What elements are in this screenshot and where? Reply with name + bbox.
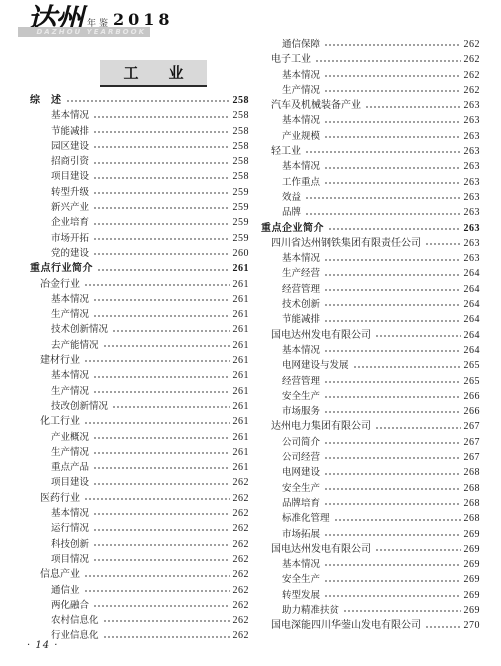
dot-leader — [324, 315, 460, 325]
dot-leader — [97, 264, 230, 274]
toc-entry-title: 重点产品 — [51, 460, 89, 475]
toc-entry: 标准化管理268 — [261, 511, 480, 526]
dot-leader — [334, 514, 461, 524]
toc-entry-title: 生产情况 — [51, 307, 89, 322]
toc-entry: 重点企业简介263 — [261, 221, 480, 236]
toc-entry: 市场开拓259 — [30, 231, 249, 246]
dot-leader — [93, 187, 229, 197]
toc-entry-page: 261 — [233, 445, 250, 460]
dot-leader — [93, 111, 229, 121]
toc-entry: 生产经营264 — [261, 266, 480, 281]
toc-entry-page: 263 — [464, 190, 481, 205]
toc-entry-page: 261 — [233, 277, 250, 292]
toc-entry-title: 四川省达州钢铁集团有限责任公司 — [271, 236, 421, 251]
toc-entry-page: 261 — [233, 322, 250, 337]
toc-entry-page: 264 — [464, 343, 481, 358]
toc-entry: 公司简介267 — [261, 435, 480, 450]
dot-leader — [93, 157, 229, 167]
dot-leader — [324, 40, 460, 50]
dot-leader — [324, 86, 460, 96]
toc-entry: 电网建设268 — [261, 465, 480, 480]
toc-entry-title: 通信业 — [51, 583, 80, 598]
dot-leader — [93, 142, 229, 152]
toc-entry-title: 国电深能四川华蓥山发电有限公司 — [271, 618, 421, 633]
toc-entry: 基本情况261 — [30, 292, 249, 307]
dot-leader — [93, 172, 229, 182]
dot-leader — [112, 325, 229, 335]
toc-entry-title: 工作重点 — [282, 175, 320, 190]
toc-entry: 项目建设262 — [30, 475, 249, 490]
dot-leader — [324, 162, 460, 172]
toc-entry: 产业规模263 — [261, 129, 480, 144]
toc-entry-title: 技术创新情况 — [51, 322, 108, 337]
toc-entry-page: 263 — [464, 221, 481, 236]
toc-entry-title: 两化融合 — [51, 598, 89, 613]
toc-entry-title: 农村信息化 — [51, 613, 99, 628]
toc-entry: 两化融合262 — [30, 598, 249, 613]
dot-leader — [84, 493, 230, 503]
toc-entry: 园区建设258 — [30, 139, 249, 154]
toc-entry: 运行情况262 — [30, 521, 249, 536]
toc-entry-title: 基本情况 — [51, 108, 89, 123]
toc-entry-title: 信息产业 — [40, 567, 80, 582]
dot-leader — [324, 529, 460, 539]
dot-leader — [425, 239, 461, 249]
dot-leader — [93, 447, 229, 457]
toc-column-left: 综 述258基本情况258节能减排258园区建设258招商引资258项目建设25… — [30, 93, 249, 644]
toc-entry-page: 262 — [464, 83, 481, 98]
toc-entry: 企业培育259 — [30, 215, 249, 230]
dot-leader — [328, 223, 461, 233]
toc-entry: 汽车及机械装备产业263 — [261, 98, 480, 113]
toc-entry-page: 267 — [464, 435, 481, 450]
toc-entry: 去产能情况261 — [30, 338, 249, 353]
toc-entry-title: 项目建设 — [51, 475, 89, 490]
toc-entry-title: 项目情况 — [51, 552, 89, 567]
logo-title-en: DAZHOU YEARBOOK — [36, 28, 146, 36]
toc-entry-page: 267 — [464, 450, 481, 465]
toc-entry: 节能减排258 — [30, 124, 249, 139]
dot-leader — [103, 616, 230, 626]
toc-entry: 产业概况261 — [30, 430, 249, 445]
toc-entry-page: 263 — [464, 113, 481, 128]
toc-entry: 国电达州发电有限公司269 — [261, 542, 480, 557]
toc-entry-title: 招商引资 — [51, 154, 89, 169]
toc-entry: 市场拓展269 — [261, 527, 480, 542]
dot-leader — [93, 126, 229, 136]
toc-entry-page: 263 — [464, 236, 481, 251]
toc-entry: 基本情况263 — [261, 159, 480, 174]
toc-entry-title: 基本情况 — [51, 506, 89, 521]
toc-entry-title: 基本情况 — [51, 292, 89, 307]
toc-entry-title: 国电达州发电有限公司 — [271, 542, 371, 557]
toc-entry-title: 生产情况 — [51, 445, 89, 460]
toc-entry: 市场服务266 — [261, 404, 480, 419]
toc-entry-title: 公司经营 — [282, 450, 320, 465]
toc-entry-title: 安全生产 — [282, 572, 320, 587]
toc-entry-page: 261 — [233, 368, 250, 383]
toc-entry-page: 263 — [464, 159, 481, 174]
toc-entry-page: 264 — [464, 312, 481, 327]
toc-entry: 冶金行业261 — [30, 277, 249, 292]
toc-entry-title: 建材行业 — [40, 353, 80, 368]
toc-entry-page: 258 — [233, 139, 250, 154]
toc-entry-page: 262 — [233, 583, 250, 598]
toc-entry: 信息产业262 — [30, 567, 249, 582]
toc-entry-title: 基本情况 — [51, 368, 89, 383]
toc-entry-title: 国电达州发电有限公司 — [271, 328, 371, 343]
toc-entry: 新兴产业259 — [30, 200, 249, 215]
toc-entry: 化工行业261 — [30, 414, 249, 429]
toc-entry: 转型发展269 — [261, 588, 480, 603]
dot-leader — [84, 417, 230, 427]
toc-entry-page: 263 — [464, 175, 481, 190]
dot-leader — [305, 208, 460, 218]
dot-leader — [84, 570, 230, 580]
toc-entry-title: 技术创新 — [282, 297, 320, 312]
toc-entry-title: 新兴产业 — [51, 200, 89, 215]
toc-entry: 四川省达州钢铁集团有限责任公司263 — [261, 236, 480, 251]
toc-entry-page: 260 — [233, 246, 250, 261]
toc-entry-title: 生产经营 — [282, 266, 320, 281]
toc-entry-title: 标准化管理 — [282, 511, 330, 526]
dot-leader — [324, 269, 460, 279]
toc-entry-title: 化工行业 — [40, 414, 80, 429]
toc-entry-page: 269 — [464, 588, 481, 603]
dot-leader — [93, 386, 229, 396]
toc-entry-title: 生产情况 — [51, 384, 89, 399]
toc-entry-page: 262 — [233, 537, 250, 552]
toc-entry-page: 262 — [233, 552, 250, 567]
dot-leader — [93, 371, 229, 381]
toc-entry: 品牌培育268 — [261, 496, 480, 511]
toc-entry-page: 258 — [233, 154, 250, 169]
toc-entry: 安全生产266 — [261, 389, 480, 404]
toc-entry: 行业信息化262 — [30, 628, 249, 643]
dot-leader — [84, 585, 230, 595]
toc-entry-title: 基本情况 — [282, 343, 320, 358]
toc-entry-title: 党的建设 — [51, 246, 89, 261]
toc-entry: 生产情况261 — [30, 307, 249, 322]
toc-entry-page: 267 — [464, 419, 481, 434]
dot-leader — [93, 203, 229, 213]
dot-leader — [93, 295, 229, 305]
page-number: · 14 · — [27, 640, 58, 651]
toc-entry-page: 262 — [464, 37, 481, 52]
dot-leader — [103, 340, 230, 350]
toc-entry-title: 公司简介 — [282, 435, 320, 450]
toc-entry-page: 265 — [464, 358, 481, 373]
toc-entry: 科技创新262 — [30, 537, 249, 552]
toc-entry: 基本情况262 — [30, 506, 249, 521]
dot-leader — [324, 437, 460, 447]
toc-entry-page: 269 — [464, 557, 481, 572]
dot-leader — [93, 432, 229, 442]
toc-entry-title: 达州电力集团有限公司 — [271, 419, 371, 434]
toc-entry-page: 262 — [233, 475, 250, 490]
dot-leader — [93, 249, 229, 259]
toc-entry-page: 268 — [464, 511, 481, 526]
toc-entry-title: 助力精准扶贫 — [282, 603, 339, 618]
toc-entry-title: 通信保障 — [282, 37, 320, 52]
toc-entry: 基本情况264 — [261, 343, 480, 358]
dot-leader — [324, 391, 460, 401]
toc-entry-page: 258 — [233, 124, 250, 139]
dot-leader — [93, 218, 229, 228]
toc-entry: 基本情况263 — [261, 113, 480, 128]
toc-entry-page: 262 — [233, 491, 250, 506]
toc-entry-page: 266 — [464, 389, 481, 404]
toc-entry-page: 263 — [464, 144, 481, 159]
toc-entry-page: 261 — [233, 460, 250, 475]
dot-leader — [324, 575, 460, 585]
dot-leader — [93, 524, 229, 534]
toc-entry-title: 基本情况 — [282, 113, 320, 128]
toc-entry: 基本情况269 — [261, 557, 480, 572]
toc-entry: 节能减排264 — [261, 312, 480, 327]
toc-entry-title: 电子工业 — [271, 52, 311, 67]
toc-entry: 经营管理264 — [261, 282, 480, 297]
toc-entry-page: 264 — [464, 297, 481, 312]
toc-entry: 品牌263 — [261, 205, 480, 220]
toc-entry-page: 262 — [464, 52, 481, 67]
toc-entry-title: 运行情况 — [51, 521, 89, 536]
toc-entry: 综 述258 — [30, 93, 249, 108]
toc-entry-page: 269 — [464, 542, 481, 557]
dot-leader — [425, 621, 461, 631]
toc-entry: 建材行业261 — [30, 353, 249, 368]
toc-entry-page: 265 — [464, 374, 481, 389]
toc-entry-title: 技改创新情况 — [51, 399, 108, 414]
dot-leader — [93, 233, 229, 243]
toc-entry-title: 市场拓展 — [282, 527, 320, 542]
toc-entry-page: 264 — [464, 328, 481, 343]
dot-leader — [324, 346, 460, 356]
dot-leader — [324, 177, 460, 187]
dot-leader — [93, 478, 229, 488]
toc-entry: 通信业262 — [30, 583, 249, 598]
dot-leader — [324, 376, 460, 386]
toc-entry: 技术创新情况261 — [30, 322, 249, 337]
toc-entry-page: 259 — [233, 200, 250, 215]
dot-leader — [305, 147, 461, 157]
toc-entry: 基本情况261 — [30, 368, 249, 383]
toc-entry-page: 261 — [233, 430, 250, 445]
dot-leader — [353, 361, 461, 371]
toc-entry-page: 270 — [464, 618, 481, 633]
toc-entry-page: 261 — [233, 261, 250, 276]
toc-entry-page: 268 — [464, 465, 481, 480]
toc-entry-page: 262 — [464, 68, 481, 83]
toc-entry: 效益263 — [261, 190, 480, 205]
toc-entry-title: 科技创新 — [51, 537, 89, 552]
dot-leader — [93, 555, 229, 565]
dot-leader — [324, 284, 460, 294]
toc-entry-title: 重点企业简介 — [261, 221, 324, 236]
toc-entry-page: 261 — [233, 399, 250, 414]
toc-entry-page: 262 — [233, 613, 250, 628]
toc-entry-title: 安全生产 — [282, 389, 320, 404]
toc-entry-page: 258 — [233, 93, 250, 108]
toc-entry-title: 生产情况 — [282, 83, 320, 98]
toc-entry-page: 268 — [464, 481, 481, 496]
toc-entry-title: 轻工业 — [271, 144, 301, 159]
toc-entry: 生产情况261 — [30, 384, 249, 399]
dot-leader — [84, 356, 230, 366]
toc-entry: 国电深能四川华蓥山发电有限公司270 — [261, 618, 480, 633]
toc-entry-page: 266 — [464, 404, 481, 419]
toc-entry-page: 262 — [233, 598, 250, 613]
dot-leader — [375, 330, 461, 340]
toc-entry-page: 262 — [233, 521, 250, 536]
toc-entry: 轻工业263 — [261, 144, 480, 159]
toc-entry-page: 259 — [233, 231, 250, 246]
toc-entry: 经营管理265 — [261, 374, 480, 389]
toc-entry: 工作重点263 — [261, 175, 480, 190]
toc-entry-page: 269 — [464, 527, 481, 542]
toc-entry-title: 电网建设 — [282, 465, 320, 480]
toc-entry-title: 企业培育 — [51, 215, 89, 230]
toc-entry-title: 医药行业 — [40, 491, 80, 506]
chapter-title: 工 业 — [123, 62, 183, 83]
toc-entry: 基本情况258 — [30, 108, 249, 123]
toc-entry-page: 264 — [464, 282, 481, 297]
toc-entry-page: 263 — [464, 129, 481, 144]
dot-leader — [324, 590, 460, 600]
toc-entry: 招商引资258 — [30, 154, 249, 169]
dot-leader — [66, 96, 230, 106]
toc-entry-title: 汽车及机械装备产业 — [271, 98, 361, 113]
dot-leader — [324, 300, 460, 310]
toc-entry: 重点产品261 — [30, 460, 249, 475]
toc-entry-page: 261 — [233, 384, 250, 399]
dot-leader — [324, 131, 460, 141]
dot-leader — [324, 499, 460, 509]
toc-entry-title: 电网建设与发展 — [282, 358, 349, 373]
dot-leader — [84, 279, 230, 289]
toc-entry-page: 264 — [464, 266, 481, 281]
toc-entry: 安全生产268 — [261, 481, 480, 496]
toc-entry-title: 冶金行业 — [40, 277, 80, 292]
dot-leader — [324, 453, 460, 463]
dot-leader — [365, 101, 461, 111]
toc-entry: 国电达州发电有限公司264 — [261, 328, 480, 343]
dot-leader — [343, 606, 460, 616]
toc-entry-title: 节能减排 — [282, 312, 320, 327]
toc-entry-page: 262 — [233, 567, 250, 582]
dot-leader — [93, 310, 229, 320]
toc-entry-page: 261 — [233, 414, 250, 429]
toc-entry-page: 268 — [464, 496, 481, 511]
toc-entry-title: 产业规模 — [282, 129, 320, 144]
toc-entry-page: 261 — [233, 353, 250, 368]
dot-leader — [324, 116, 460, 126]
dot-leader — [324, 468, 460, 478]
toc-entry: 技改创新情况261 — [30, 399, 249, 414]
toc-entry-title: 产业概况 — [51, 430, 89, 445]
toc-entry-page: 258 — [233, 169, 250, 184]
toc-entry: 生产情况261 — [30, 445, 249, 460]
toc-entry-title: 园区建设 — [51, 139, 89, 154]
toc-entry-title: 安全生产 — [282, 481, 320, 496]
dot-leader — [375, 422, 461, 432]
toc-entry-page: 263 — [464, 205, 481, 220]
toc-entry: 技术创新264 — [261, 297, 480, 312]
dot-leader — [324, 483, 460, 493]
toc-entry-page: 269 — [464, 572, 481, 587]
toc-entry: 项目情况262 — [30, 552, 249, 567]
toc-entry-title: 经营管理 — [282, 374, 320, 389]
logo-banner-bar: DAZHOU YEARBOOK — [18, 27, 150, 37]
toc-entry-page: 263 — [464, 98, 481, 113]
toc-entry-title: 市场服务 — [282, 404, 320, 419]
toc-column-right: 通信保障262电子工业262基本情况262生产情况262汽车及机械装备产业263… — [261, 37, 480, 634]
toc-entry: 党的建设260 — [30, 246, 249, 261]
dot-leader — [93, 539, 229, 549]
toc-entry: 医药行业262 — [30, 491, 249, 506]
toc-entry-title: 转型发展 — [282, 588, 320, 603]
toc-entry: 项目建设258 — [30, 169, 249, 184]
toc-entry-page: 259 — [233, 215, 250, 230]
toc-entry-page: 262 — [233, 628, 250, 643]
toc-entry: 公司经营267 — [261, 450, 480, 465]
toc-entry: 电子工业262 — [261, 52, 480, 67]
toc-entry-title: 综 述 — [30, 93, 62, 108]
dot-leader — [93, 463, 229, 473]
toc-entry-title: 项目建设 — [51, 169, 89, 184]
toc-entry-title: 去产能情况 — [51, 338, 99, 353]
chapter-banner: 工 业 — [100, 60, 207, 87]
dot-leader — [324, 407, 460, 417]
toc-entry: 生产情况262 — [261, 83, 480, 98]
toc-entry: 电网建设与发展265 — [261, 358, 480, 373]
toc-entry: 农村信息化262 — [30, 613, 249, 628]
dot-leader — [324, 560, 460, 570]
dot-leader — [112, 402, 229, 412]
toc-entry-page: 258 — [233, 108, 250, 123]
toc-entry-page: 269 — [464, 603, 481, 618]
toc-entry: 基本情况262 — [261, 68, 480, 83]
toc-entry-title: 转型升级 — [51, 185, 89, 200]
toc-entry-title: 重点行业简介 — [30, 261, 93, 276]
toc-entry: 转型升级259 — [30, 185, 249, 200]
dot-leader — [103, 631, 230, 641]
toc-entry-title: 市场开拓 — [51, 231, 89, 246]
toc-entry-page: 261 — [233, 338, 250, 353]
toc-entry-page: 262 — [233, 506, 250, 521]
toc-entry: 助力精准扶贫269 — [261, 603, 480, 618]
toc-entry-title: 经营管理 — [282, 282, 320, 297]
toc-entry-page: 261 — [233, 307, 250, 322]
dot-leader — [305, 193, 460, 203]
dot-leader — [324, 70, 460, 80]
toc-entry: 达州电力集团有限公司267 — [261, 419, 480, 434]
toc-entry-page: 259 — [233, 185, 250, 200]
toc-entry: 通信保障262 — [261, 37, 480, 52]
toc-entry: 安全生产269 — [261, 572, 480, 587]
toc-entry: 基本情况263 — [261, 251, 480, 266]
toc-entry: 重点行业简介261 — [30, 261, 249, 276]
dot-leader — [315, 55, 461, 65]
toc-entry-title: 基本情况 — [282, 68, 320, 83]
toc-entry-title: 品牌 — [282, 205, 301, 220]
toc-entry-title: 基本情况 — [282, 557, 320, 572]
dot-leader — [375, 544, 461, 554]
dot-leader — [93, 509, 229, 519]
toc-entry-title: 效益 — [282, 190, 301, 205]
toc-entry-title: 品牌培育 — [282, 496, 320, 511]
toc-entry-title: 节能减排 — [51, 124, 89, 139]
